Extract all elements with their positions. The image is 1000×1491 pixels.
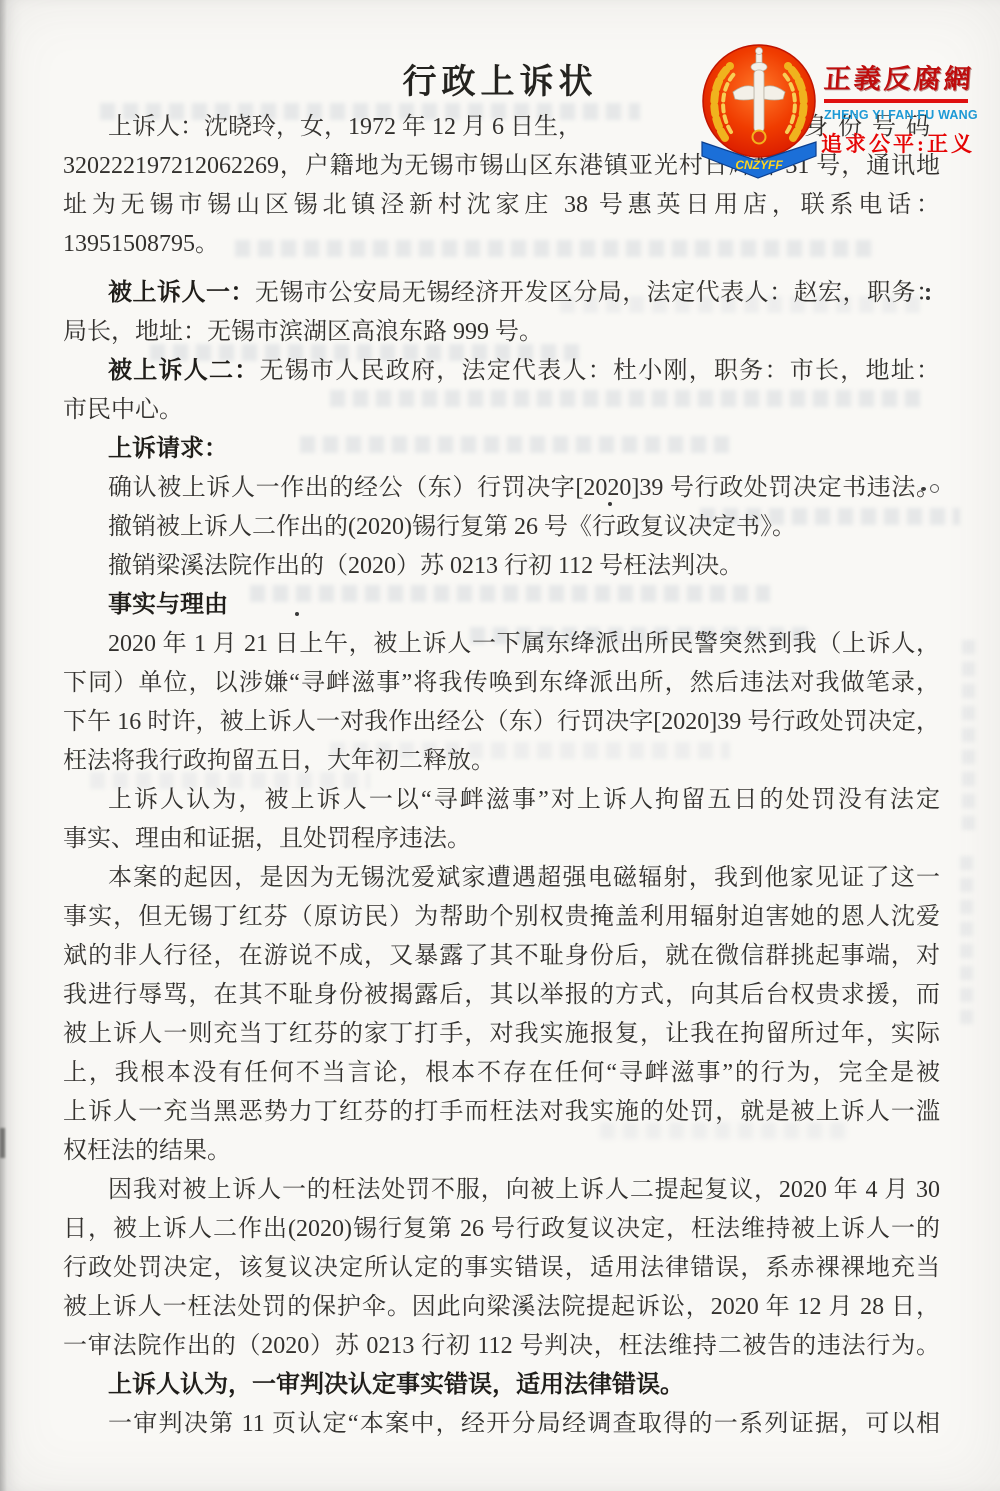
document-line: 被上诉人一：无锡市公安局无锡经济开发区分局，法定代表人：赵宏，职务： xyxy=(63,274,940,313)
document-line: 事实与理由 xyxy=(63,586,940,625)
site-name: 正義反腐網 xyxy=(823,57,982,96)
document-line: 上诉请求： xyxy=(63,430,940,469)
document-line: 事实、理由和证据，且处罚程序违法。 xyxy=(63,820,940,859)
document-line: 上诉人认为，一审判决认定事实错误，适用法律错误。 xyxy=(63,1366,940,1405)
document-line: 被上诉人一则充当丁红芬的家丁打手，对我实施报复，让我在拘留所过年，实际 xyxy=(63,1015,940,1054)
document-line: 址为无锡市锡山区锡北镇泾新村沈家庄 38 号惠英日用店，联系电话： xyxy=(63,186,940,225)
document-line: 被上诉人一枉法处罚的保护伞。因此向梁溪法院提起诉讼，2020 年 12 月 28… xyxy=(63,1288,940,1327)
anti-corruption-badge-icon: CNZYFF xyxy=(698,42,820,180)
document-line: 局长，地址：无锡市滨湖区高浪东路 999 号。 xyxy=(63,313,940,352)
document-line: 日，被上诉人二作出(2020)锡行复第 26 号行政复议决定，枉法维持被上诉人一… xyxy=(63,1210,940,1249)
scanned-document-page: { "page": { "background": "#f9f8f5", "te… xyxy=(0,0,1000,1491)
document-line: 撤销被上诉人二作出的(2020)锡行复第 26 号《行政复议决定书》。 xyxy=(63,508,940,547)
line-text: 上诉人：沈晓玲，女，1972 年 12 月 6 日生， xyxy=(108,108,582,147)
scan-edge-shadow xyxy=(0,0,7,1491)
document-line: 上诉人认为，被上诉人一以“寻衅滋事”对上诉人拘留五日的处罚没有法定 xyxy=(63,781,940,820)
document-line: 2020 年 1 月 21 日上午，被上诉人一下属东绛派出所民警突然到我（上诉人… xyxy=(63,625,940,664)
document-line: 事实，但无锡丁红芬（原访民）为帮助个别权贵掩盖利用辐射迫害她的恩人沈爱 xyxy=(63,898,940,937)
document-line: 因我对被上诉人一的枉法处罚不服，向被上诉人二提起复议，2020 年 4 月 30 xyxy=(63,1171,940,1210)
document-line: 上诉人一充当黑恶势力丁红芬的打手而枉法对我实施的处罚，就是被上诉人一滥 xyxy=(63,1093,940,1132)
document-line: 13951508795。 xyxy=(63,225,940,264)
document-line: 下同）单位，以涉嫌“寻衅滋事”将我传唤到东绛派出所，然后违法对我做笔录， xyxy=(63,664,940,703)
document-line: 一审判决第 11 页认定“本案中，经开分局经调查取得的一系列证据，可以相 xyxy=(63,1405,940,1444)
document-line: 一审法院作出的（2020）苏 0213 行初 112 号判决，枉法维持二被告的违… xyxy=(63,1327,940,1366)
document-line: 本案的起因，是因为无锡沈爱斌家遭遇超强电磁辐射，我到他家见证了这一 xyxy=(63,859,940,898)
document-line: 上，我根本没有任何不当言论，根本不存在任何“寻衅滋事”的行为，完全是被 xyxy=(63,1054,940,1093)
site-logo: CNZYFF 正義反腐網 ZHENG YI FAN FU WANG 追求公平:正… xyxy=(698,42,983,178)
site-brand: 正義反腐網 ZHENG YI FAN FU WANG xyxy=(824,57,980,122)
logo-underline xyxy=(824,99,968,103)
document-line: 斌的非人行径，在游说不成，又暴露了其不耻身份后，就在微信群挑起事端，对 xyxy=(63,937,940,976)
line-label: 被上诉人一： xyxy=(108,280,255,306)
document-body: 上诉人：沈晓玲，女，1972 年 12 月 6 日生，身份号码320222197… xyxy=(63,108,940,1444)
document-line: 撤销梁溪法院作出的（2020）苏 0213 行初 112 号枉法判决。 xyxy=(63,547,940,586)
document-line: 被上诉人二：无锡市人民政府，法定代表人：杜小刚，职务：市长，地址： xyxy=(63,352,940,391)
bleed-artifact xyxy=(962,640,975,830)
document-line: 我进行辱骂，在其不耻身份被揭露后，其以举报的方式，向其后台权贵求援，而 xyxy=(63,976,940,1015)
bleed-artifact xyxy=(960,856,973,1026)
document-line: 权枉法的结果。 xyxy=(63,1132,940,1171)
document-line: 确认被上诉人一作出的经公（东）行罚决字[2020]39 号行政处罚决定书违法。 xyxy=(63,469,940,508)
line-label: 被上诉人二： xyxy=(108,358,260,384)
document-line: 枉法将我行政拘留五日，大年初二释放。 xyxy=(63,742,940,781)
document-line: 行政处罚决定，该复议决定所认定的事实错误，适用法律错误，系赤裸裸地充当 xyxy=(63,1249,940,1288)
document-line: 市民中心。 xyxy=(63,391,940,430)
badge-text: CNZYFF xyxy=(735,158,783,172)
site-name-pinyin: ZHENG YI FAN FU WANG xyxy=(824,108,980,122)
document-line: 下午 16 时许，被上诉人一对我作出经公（东）行罚决字[2020]39 号行政处… xyxy=(63,703,940,742)
site-slogan: 追求公平:正义 xyxy=(821,128,975,158)
